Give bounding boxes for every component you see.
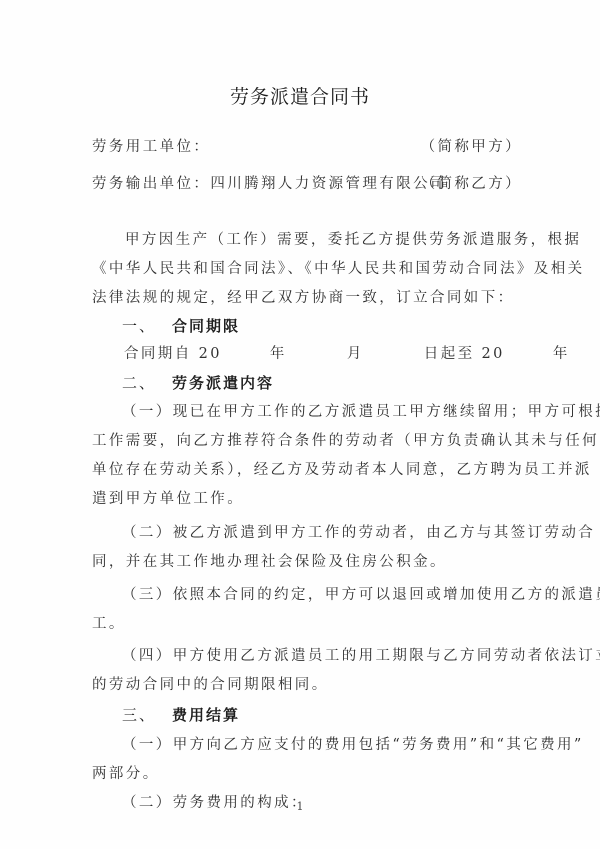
party-dispatcher-value: 四川腾翔人力资源管理有限公司	[210, 176, 447, 192]
paragraph-line: （一）现已在甲方工作的乙方派遣员工甲方继续留用；甲方可根据	[122, 402, 552, 422]
start-year-field: 20	[199, 344, 222, 364]
start-day-label: 日起至	[424, 344, 475, 364]
paragraph-line: 工作需要，向乙方推荐符合条件的劳动者（甲方负责确认其未与任何	[92, 431, 522, 451]
document-page: 劳务派遣合同书 劳务用工单位： （简称甲方） 劳务输出单位：四川腾翔人力资源管理…	[0, 0, 600, 849]
paragraph-line: 的劳动合同中的合同期限相同。	[92, 675, 522, 695]
section-number: 一、	[122, 317, 156, 335]
paragraph-line: 工。	[92, 614, 522, 634]
section-title: 劳务派遣内容	[172, 374, 274, 392]
term-prefix: 合同期自	[124, 344, 192, 364]
paragraph-line: 单位存在劳动关系），经乙方及劳动者本人同意，乙方聘为员工并派	[92, 460, 522, 480]
section-heading-dispatch-content: 二、劳务派遣内容	[122, 373, 274, 393]
paragraph-line: （一）甲方向乙方应支付的费用包括“劳务费用”和“其它费用”	[122, 735, 552, 755]
preamble-line: 甲方因生产（工作）需要，委托乙方提供劳务派遣服务，根据	[125, 230, 525, 250]
paragraph-line: 同，并在其工作地办理社会保险及住房公积金。	[92, 552, 522, 572]
section-heading-fee-settlement: 三、费用结算	[122, 705, 240, 725]
contract-term-line: 合同期自 20 年 月 日起至 20 年 月 日止。	[124, 344, 554, 364]
paragraph-line: （四）甲方使用乙方派遣员工的用工期限与乙方同劳动者依法订立	[122, 646, 552, 666]
paragraph-line: 遣到甲方单位工作。	[92, 489, 522, 509]
start-year-label: 年	[270, 344, 287, 364]
party-employer-label: 劳务用工单位：	[92, 139, 210, 155]
paragraph-line: （三）依照本合同的约定，甲方可以退回或增加使用乙方的派遣员	[122, 585, 552, 605]
end-year-field: 20	[482, 344, 505, 364]
section-number: 二、	[122, 374, 156, 392]
section-heading-term: 一、合同期限	[122, 316, 240, 336]
preamble-line: 法律法规的规定，经甲乙双方协商一致，订立合同如下：	[92, 288, 522, 308]
party-employer-abbreviation: （简称甲方）	[421, 137, 522, 157]
party-dispatcher-label: 劳务输出单位：	[92, 176, 210, 192]
end-year-label: 年	[553, 344, 570, 364]
party-employer: 劳务用工单位： （简称甲方）	[92, 137, 522, 157]
document-title: 劳务派遣合同书	[0, 82, 600, 109]
paragraph-line: 两部分。	[92, 764, 522, 784]
party-dispatcher: 劳务输出单位：四川腾翔人力资源管理有限公司 （简称乙方）	[92, 174, 522, 194]
party-dispatcher-abbreviation: （简称乙方）	[421, 174, 522, 194]
section-title: 费用结算	[172, 706, 240, 724]
page-number: 1	[0, 800, 600, 813]
section-title: 合同期限	[172, 317, 240, 335]
start-month-label: 月	[347, 344, 364, 364]
paragraph-line: （二）被乙方派遣到甲方工作的劳动者，由乙方与其签订劳动合	[122, 523, 552, 543]
preamble-line: 《中华人民共和国合同法》、《中华人民共和国劳动合同法》及相关	[92, 259, 522, 279]
section-number: 三、	[122, 706, 156, 724]
